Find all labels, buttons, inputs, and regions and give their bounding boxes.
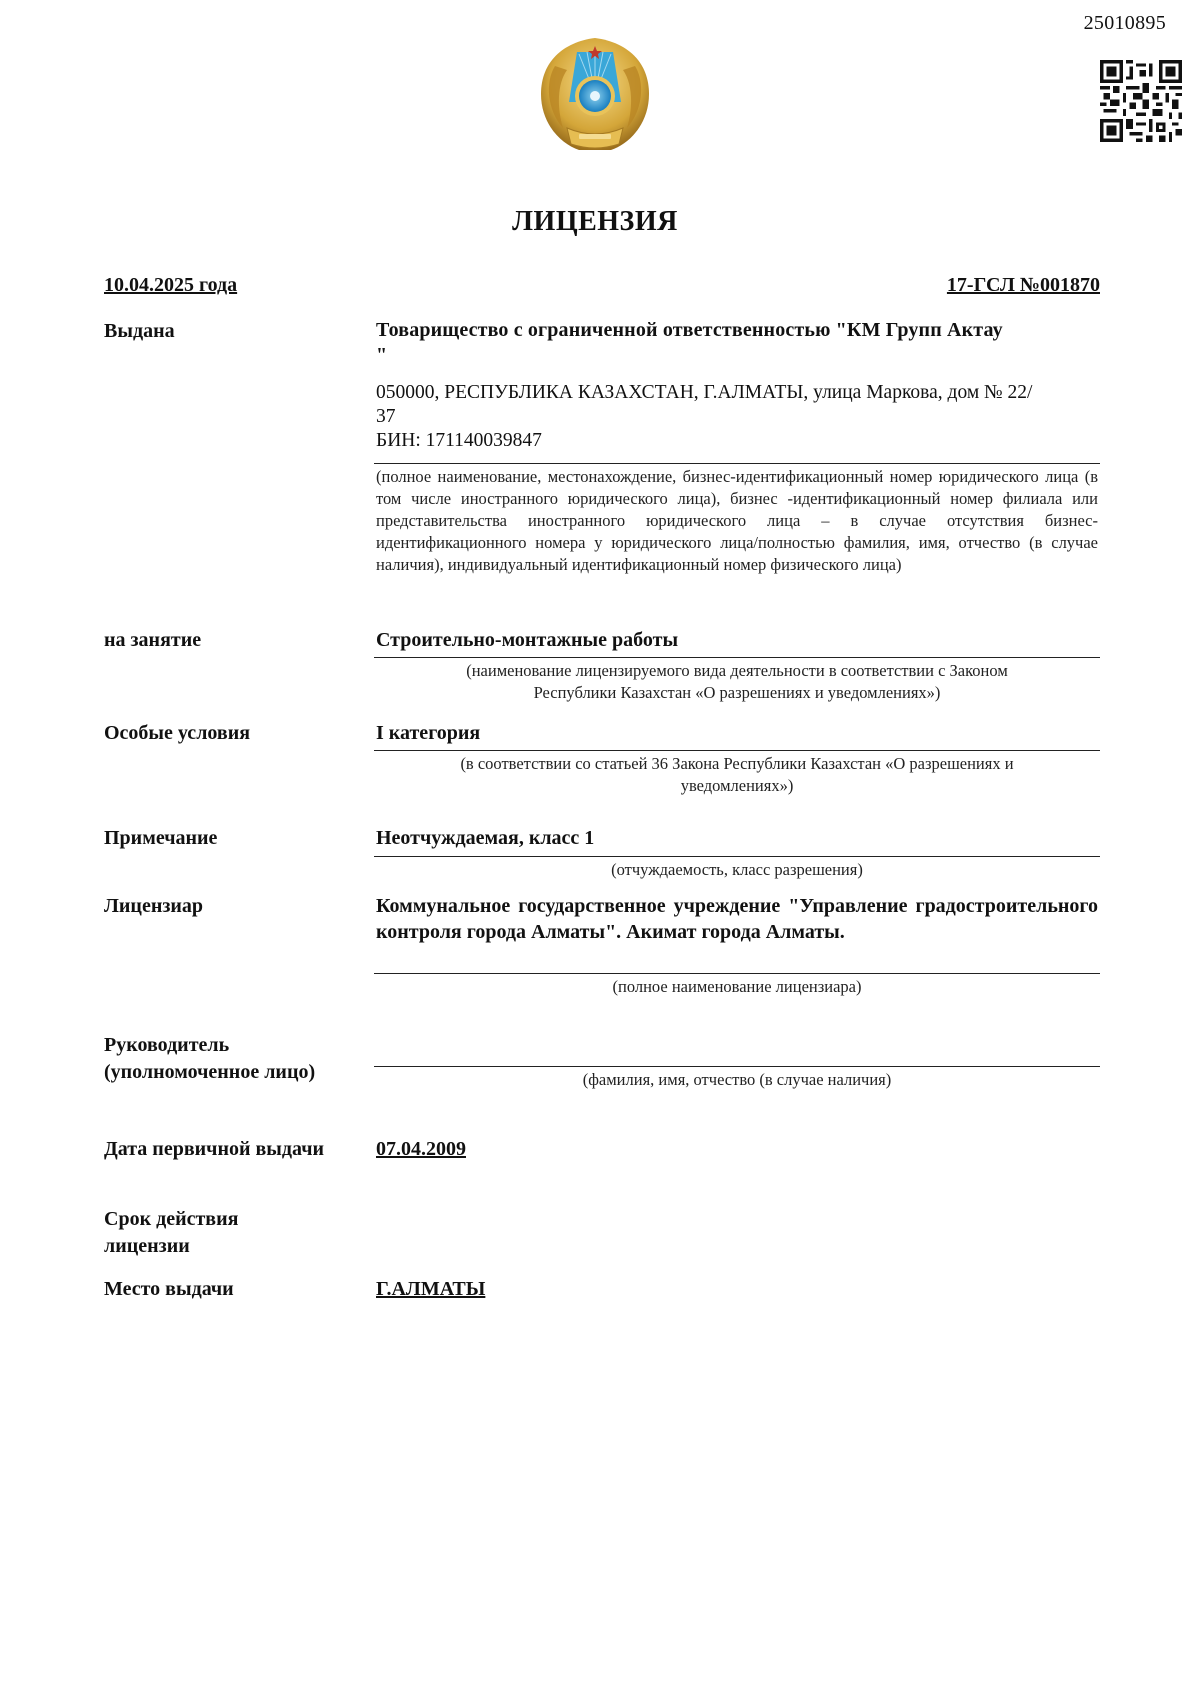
licensor-value: Коммунальное государственное учреждение … [376, 893, 1098, 945]
validity-label: Срок действия лицензии [104, 1206, 238, 1260]
first-issue-date-label: Дата первичной выдачи [104, 1136, 324, 1163]
issued-to-name-line2: " [376, 343, 1098, 368]
issued-to-hint: (полное наименование, местонахождение, б… [376, 466, 1098, 576]
activity-hint-line2: Республики Казахстан «О разрешениях и ув… [376, 682, 1098, 704]
issued-to-label: Выдана [104, 318, 175, 345]
note-label: Примечание [104, 825, 217, 852]
license-number: 17-ГСЛ №001870 [947, 274, 1100, 297]
address-line1: 050000, РЕСПУБЛИКА КАЗАХСТАН, Г.АЛМАТЫ, … [376, 381, 1098, 405]
special-conditions-hint-line1: (в соответствии со статьей 36 Закона Рес… [376, 753, 1098, 775]
special-conditions-hint-line2: уведомлениях») [376, 775, 1098, 797]
document-number: 25010895 [1084, 12, 1166, 35]
head-rule [374, 1066, 1100, 1067]
head-label-line1: Руководитель [104, 1032, 315, 1059]
issue-date: 10.04.2025 года [104, 274, 237, 297]
first-issue-date-value: 07.04.2009 [376, 1138, 466, 1160]
note-value: Неотчуждаемая, класс 1 [376, 825, 1098, 851]
place-of-issue-label: Место выдачи [104, 1276, 234, 1303]
special-conditions-hint: (в соответствии со статьей 36 Закона Рес… [376, 753, 1098, 797]
kazakhstan-state-emblem-icon [533, 32, 657, 162]
note-rule [374, 856, 1100, 857]
issued-to-name: Товарищество с ограниченной ответственно… [376, 318, 1098, 368]
head-hint: (фамилия, имя, отчество (в случае наличи… [376, 1069, 1098, 1091]
issued-to-name-line1: Товарищество с ограниченной ответственно… [376, 318, 1098, 343]
activity-hint-line1: (наименование лицензируемого вида деятел… [376, 660, 1098, 682]
place-of-issue-wrap: Г.АЛМАТЫ [376, 1276, 1098, 1302]
activity-hint: (наименование лицензируемого вида деятел… [376, 660, 1098, 704]
note-hint: (отчуждаемость, класс разрешения) [376, 859, 1098, 881]
special-conditions-value: I категория [376, 720, 1098, 746]
issued-to-address: 050000, РЕСПУБЛИКА КАЗАХСТАН, Г.АЛМАТЫ, … [376, 381, 1098, 453]
special-conditions-rule [374, 750, 1100, 751]
issued-to-rule [374, 463, 1100, 464]
special-conditions-label: Особые условия [104, 720, 250, 747]
document-title: ЛИЦЕНЗИЯ [0, 206, 1190, 238]
licensor-label: Лицензиар [104, 893, 203, 920]
place-of-issue-value: Г.АЛМАТЫ [376, 1278, 485, 1300]
bin: БИН: 171140039847 [376, 429, 1098, 453]
activity-label: на занятие [104, 627, 201, 654]
validity-label-line1: Срок действия [104, 1206, 238, 1233]
licensor-rule [374, 973, 1100, 974]
activity-rule [374, 657, 1100, 658]
qr-code-icon [1100, 60, 1182, 142]
activity-value: Строительно-монтажные работы [376, 627, 1098, 653]
licensor-hint: (полное наименование лицензиара) [376, 976, 1098, 998]
head-label-line2: (уполномоченное лицо) [104, 1059, 315, 1086]
first-issue-date-wrap: 07.04.2009 [376, 1136, 1098, 1162]
validity-label-line2: лицензии [104, 1233, 238, 1260]
head-label: Руководитель (уполномоченное лицо) [104, 1032, 315, 1086]
address-line2: 37 [376, 405, 1098, 429]
